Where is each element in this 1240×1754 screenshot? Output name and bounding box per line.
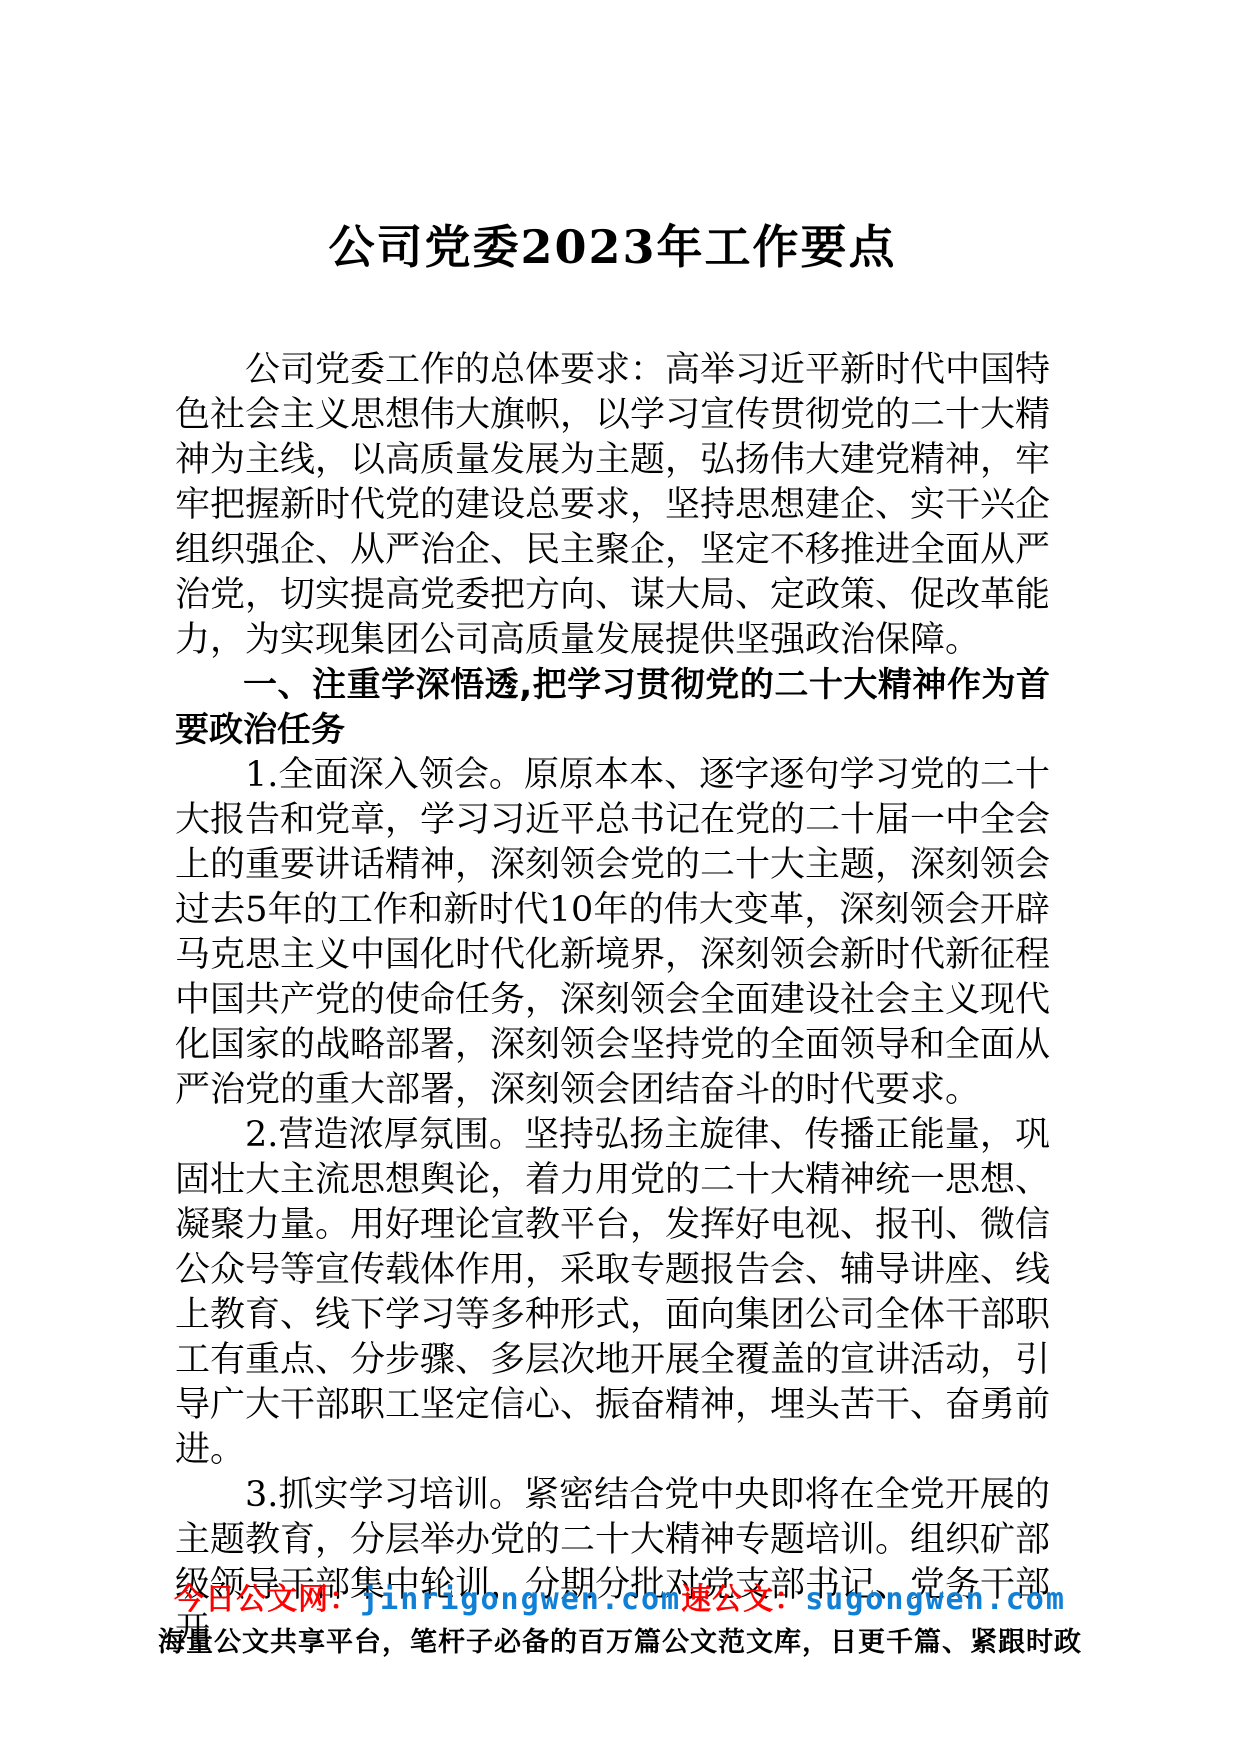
paragraph-overall-requirements: 公司党委工作的总体要求：高举习近平新时代中国特色社会主义思想伟大旗帜，以学习宣传… bbox=[175, 348, 1050, 663]
document-title: 公司党委2023年工作要点 bbox=[175, 218, 1050, 276]
footer: 今日公文网：jinrigongwen.com速公文：sugongwen.com … bbox=[0, 1578, 1240, 1664]
footer-tagline: 海量公文共享平台，笔杆子必备的百万篇公文范文库，日更千篇、紧跟时政 bbox=[0, 1622, 1240, 1664]
footer-site1-label: 今日公文网： bbox=[174, 1582, 360, 1617]
footer-site2-label: 速公文： bbox=[681, 1582, 805, 1617]
document-page: 公司党委2023年工作要点 公司党委工作的总体要求：高举习近平新时代中国特色社会… bbox=[0, 0, 1240, 1754]
paragraph-item-1: 1.全面深入领会。原原本本、逐字逐句学习党的二十大报告和党章，学习习近平总书记在… bbox=[175, 753, 1050, 1113]
footer-site1-domain: jinrigongwen.com bbox=[360, 1582, 681, 1617]
footer-site-links: 今日公文网：jinrigongwen.com速公文：sugongwen.com bbox=[0, 1578, 1240, 1622]
paragraph-item-2: 2.营造浓厚氛围。坚持弘扬主旋律、传播正能量，巩固壮大主流思想舆论，着力用党的二… bbox=[175, 1113, 1050, 1473]
footer-site2-domain: sugongwen.com bbox=[805, 1582, 1066, 1617]
section-heading-1: 一、注重学深悟透,把学习贯彻党的二十大精神作为首要政治任务 bbox=[175, 663, 1050, 753]
document-body: 公司党委2023年工作要点 公司党委工作的总体要求：高举习近平新时代中国特色社会… bbox=[175, 218, 1050, 1653]
